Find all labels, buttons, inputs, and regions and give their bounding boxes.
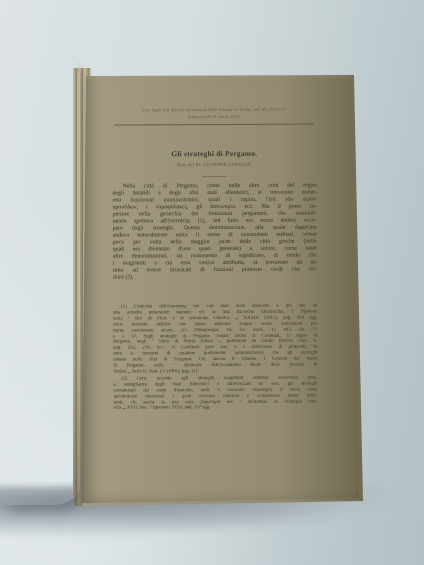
body-paragraph: Nella città di Pergamo, come nelle altre… (112, 182, 317, 281)
page-content: Estr. dagli Atti della R. Accademia dell… (78, 70, 364, 505)
footnote-1: (1) L'autorità dell'ἐπιστάτης nei vari s… (113, 303, 317, 375)
text-line: timo ad essere incaricati di funzioni pi… (113, 266, 317, 274)
header-rule (114, 124, 314, 126)
footnote-2: (2) Certo accanto agli strateghi magistr… (113, 375, 317, 412)
footnotes-block: (1) L'autorità dell'ἐπιστάτης nei vari s… (113, 303, 318, 411)
text-line: Torino „, Serie II, Tom. LV (1905), pag.… (113, 368, 317, 375)
document-page: Estr. dagli Atti della R. Accademia dell… (79, 71, 363, 505)
title-dash-rule (202, 176, 226, 177)
photo-background: Estr. dagli Atti della R. Accademia dell… (0, 0, 424, 565)
booklet-cover-curled-page (0, 44, 80, 505)
header-citation-line2: Adunanza del 6 Aprile 1913. (112, 113, 316, 119)
text-line: sica „, XVII, fasc. 7 (gennaio 1913), pa… (114, 405, 318, 412)
article-byline: Nota del Dr. GIUSEPPE CORRADI. (112, 162, 316, 169)
header-citation-line1: Estr. dagli Atti della R. Accademia dell… (112, 106, 316, 112)
article-title: Gli strateghi di Pergamo. (112, 149, 316, 158)
text-line: litari (2). (113, 273, 317, 281)
